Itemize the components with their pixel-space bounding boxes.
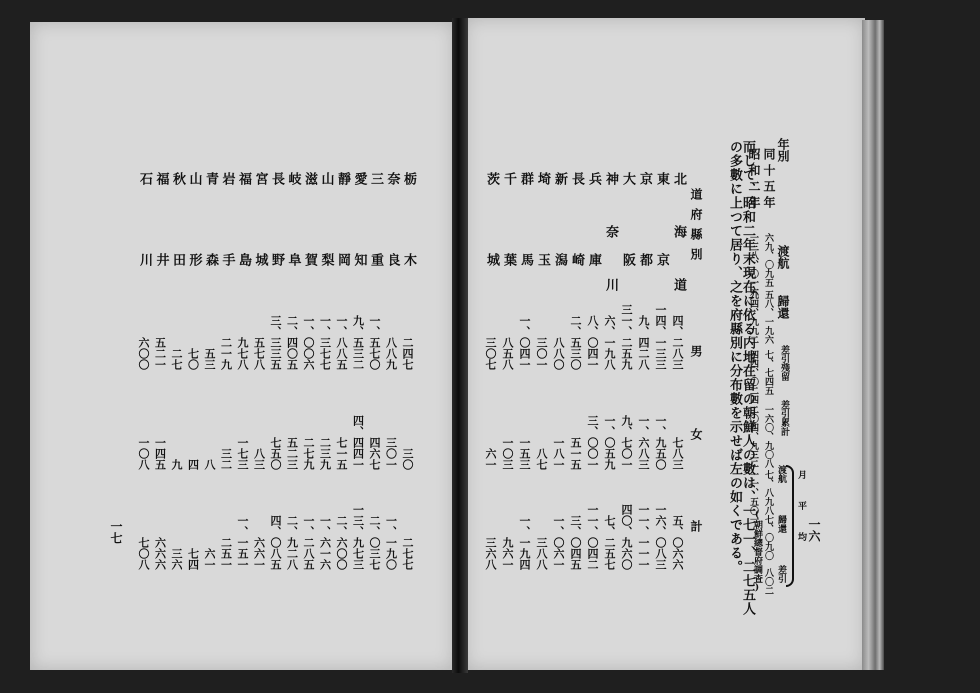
- prefecture-name: 石川: [138, 172, 151, 334]
- avg-net-subheader: 差引: [776, 565, 785, 583]
- cell: 六九、〇九五: [763, 233, 772, 287]
- avg-return-subheader: 歸還: [776, 515, 785, 533]
- total-count: 三八八: [536, 537, 547, 570]
- male-count: 三一、二五九: [621, 304, 632, 370]
- prefecture-name: 奈良: [386, 172, 399, 334]
- female-count: 八七: [536, 448, 547, 470]
- total-count: 二、九二八: [287, 515, 298, 570]
- prefecture-name: 福島: [237, 172, 250, 334]
- total-count: 一六、〇八三: [655, 504, 666, 570]
- female-count: 一、九五〇: [655, 415, 666, 470]
- total-count: 三六八: [485, 537, 496, 570]
- year-col-header: 年別: [777, 138, 789, 162]
- female-count: 一〇八: [138, 437, 149, 470]
- female-count: 一〇三: [502, 437, 513, 470]
- total-count: 三六: [171, 548, 182, 570]
- prefecture-name: 埼玉: [536, 172, 549, 334]
- male-count: 五七八: [254, 337, 265, 370]
- male-count: 八八〇: [553, 337, 564, 370]
- prefecture-name: 兵庫: [587, 172, 600, 334]
- female-count: 九、七〇一: [621, 415, 632, 470]
- male-count: 三〇七: [485, 337, 496, 370]
- monthly-avg-header: 月平均: [796, 470, 805, 563]
- prefecture-name: 岩手: [221, 172, 234, 334]
- cumulative-col-header: 差引累計: [779, 400, 788, 436]
- prefecture-name: 岐阜: [287, 172, 300, 334]
- female-count: 七八三: [672, 437, 683, 470]
- page-number-right: 一六: [808, 518, 820, 542]
- total-count: 一、二八五: [303, 515, 314, 570]
- female-count: 七一五: [336, 437, 347, 470]
- cell: 七、〇九〇: [763, 515, 772, 560]
- prefecture-name: 三重: [369, 172, 382, 334]
- paragraph: 而して、昭和二年末現在に依る内地在留の朝鮮人の數は、一七一、二七五人の多數に上つ…: [718, 140, 754, 620]
- male-count: 三、三三五: [270, 315, 281, 370]
- prefecture-name: 茨城: [485, 172, 498, 334]
- female-count: 八: [204, 459, 215, 470]
- total-count: 一、一九〇: [386, 515, 397, 570]
- total-count: 四、〇八五: [270, 515, 281, 570]
- female-count: 五一五: [570, 437, 581, 470]
- female-count: 四、四四一: [353, 415, 364, 470]
- cell: 八〇二: [763, 568, 772, 595]
- total-count: 二、〇三七: [369, 515, 380, 570]
- prefecture-name: 山形: [188, 172, 201, 334]
- total-count: 一、一五一: [237, 515, 248, 570]
- male-count: 二一九: [221, 337, 232, 370]
- male-count: 五二一: [155, 337, 166, 370]
- prefecture-name: 栃木: [402, 172, 415, 334]
- prefecture-name: 新潟: [553, 172, 566, 334]
- prefecture-name: 愛知: [353, 172, 366, 334]
- avg-travel-subheader: 渡航: [776, 465, 785, 483]
- total-count: 二、六〇〇: [336, 515, 347, 570]
- total-count: 二五一: [221, 537, 232, 570]
- male-count: 一、五七〇: [369, 315, 380, 370]
- total-count: 四〇、九六〇: [621, 504, 632, 570]
- total-count: 一三、九七三: [353, 504, 364, 570]
- total-count: 七四: [188, 548, 199, 570]
- book-gutter: [452, 18, 468, 673]
- cell: 七、七四五: [763, 350, 772, 395]
- male-count: 四、二八三: [672, 315, 683, 370]
- page-number-left: 一七: [110, 520, 122, 544]
- female-count: 六一: [485, 448, 496, 470]
- male-count: 七〇: [188, 348, 199, 370]
- male-header: 男: [690, 345, 702, 357]
- prefecture-name: 京都: [638, 172, 651, 334]
- prefecture-name: 滋賀: [303, 172, 316, 334]
- female-count: 四: [188, 459, 199, 470]
- total-count: 六六一: [254, 537, 265, 570]
- total-count: 七、二五七: [604, 515, 615, 570]
- total-count: 二七七: [402, 537, 413, 570]
- brace: [786, 465, 794, 587]
- male-count: 二、五三〇: [570, 315, 581, 370]
- female-count: 三〇一: [386, 437, 397, 470]
- prefecture-name: 宮城: [254, 172, 267, 334]
- cell: 七、八九八: [763, 470, 772, 515]
- male-count: 一四、一三三: [655, 304, 666, 370]
- female-count: 三、〇〇一: [587, 415, 598, 470]
- male-count: 八八九: [386, 337, 397, 370]
- male-count: 八、〇四一: [587, 315, 598, 370]
- prefecture-name: 北海道: [672, 172, 685, 331]
- female-count: 三〇: [402, 448, 413, 470]
- pref-header: 道府縣別: [690, 188, 702, 268]
- total-count: 一、六一六: [320, 515, 331, 570]
- female-count: 七五〇: [270, 437, 281, 470]
- total-count: 一一、一一一: [638, 504, 649, 570]
- prefecture-name: 秋田: [171, 172, 184, 334]
- male-count: 八五八: [502, 337, 513, 370]
- female-count: 一、〇五九: [604, 415, 615, 470]
- prefecture-name: 山梨: [320, 172, 333, 334]
- male-count: 一、〇〇六: [303, 315, 314, 370]
- male-count: 六〇〇: [138, 337, 149, 370]
- male-count: 五三: [204, 348, 215, 370]
- male-count: 九、五三二: [353, 315, 364, 370]
- female-count: 九: [171, 459, 182, 470]
- total-header: 計: [690, 520, 702, 532]
- female-count: 五二三: [287, 437, 298, 470]
- total-count: 九六一: [502, 537, 513, 570]
- male-count: 一、八八五: [336, 315, 347, 370]
- prefecture-name: 靜岡: [336, 172, 349, 334]
- male-count: 二七: [171, 348, 182, 370]
- total-count: 一、〇六一: [553, 515, 564, 570]
- return-col-header: 歸還: [777, 295, 789, 319]
- total-count: 五、〇六六: [672, 515, 683, 570]
- total-count: 六六六: [155, 537, 166, 570]
- travel-col-header: 渡航: [777, 245, 789, 269]
- year-row-1: 同十五年: [763, 148, 775, 212]
- prefecture-name: 千葉: [502, 172, 515, 334]
- cell: 一六〇、九〇八: [763, 405, 772, 468]
- female-count: 一四五: [155, 437, 166, 470]
- cell: 五八、一九六: [763, 290, 772, 344]
- male-count: 二四七: [402, 337, 413, 370]
- total-count: 六一: [204, 548, 215, 570]
- prefecture-name: 長野: [270, 172, 283, 334]
- net-col-header: 差引殘留: [779, 345, 788, 381]
- female-count: 一七三: [237, 437, 248, 470]
- male-count: 九七八: [237, 337, 248, 370]
- prefecture-name: 神奈川: [604, 172, 617, 331]
- male-count: 三〇一: [536, 337, 547, 370]
- male-count: 九、四二八: [638, 315, 649, 370]
- prefecture-name: 群馬: [519, 172, 532, 334]
- male-count: 一、三七七: [320, 315, 331, 370]
- female-count: 二三九: [320, 437, 331, 470]
- total-count: 三、〇四五: [570, 515, 581, 570]
- male-count: 六、一九八: [604, 315, 615, 370]
- prefecture-name: 長崎: [570, 172, 583, 334]
- male-count: 二、四〇五: [287, 315, 298, 370]
- female-header: 女: [690, 428, 702, 440]
- prefecture-name: 福井: [155, 172, 168, 334]
- female-count: 二七九: [303, 437, 314, 470]
- male-count: 一、〇四一: [519, 315, 530, 370]
- page-edges: [862, 20, 884, 670]
- female-count: 一、六八三: [638, 415, 649, 470]
- total-count: 一一、〇四二: [587, 504, 598, 570]
- prefecture-name: 青森: [204, 172, 217, 334]
- female-count: 一八一: [553, 437, 564, 470]
- female-count: 四六七: [369, 437, 380, 470]
- female-count: 八三: [254, 448, 265, 470]
- total-count: 七〇八: [138, 537, 149, 570]
- female-count: 一五三: [519, 437, 530, 470]
- total-count: 一、一九四: [519, 515, 530, 570]
- female-count: 三二: [221, 448, 232, 470]
